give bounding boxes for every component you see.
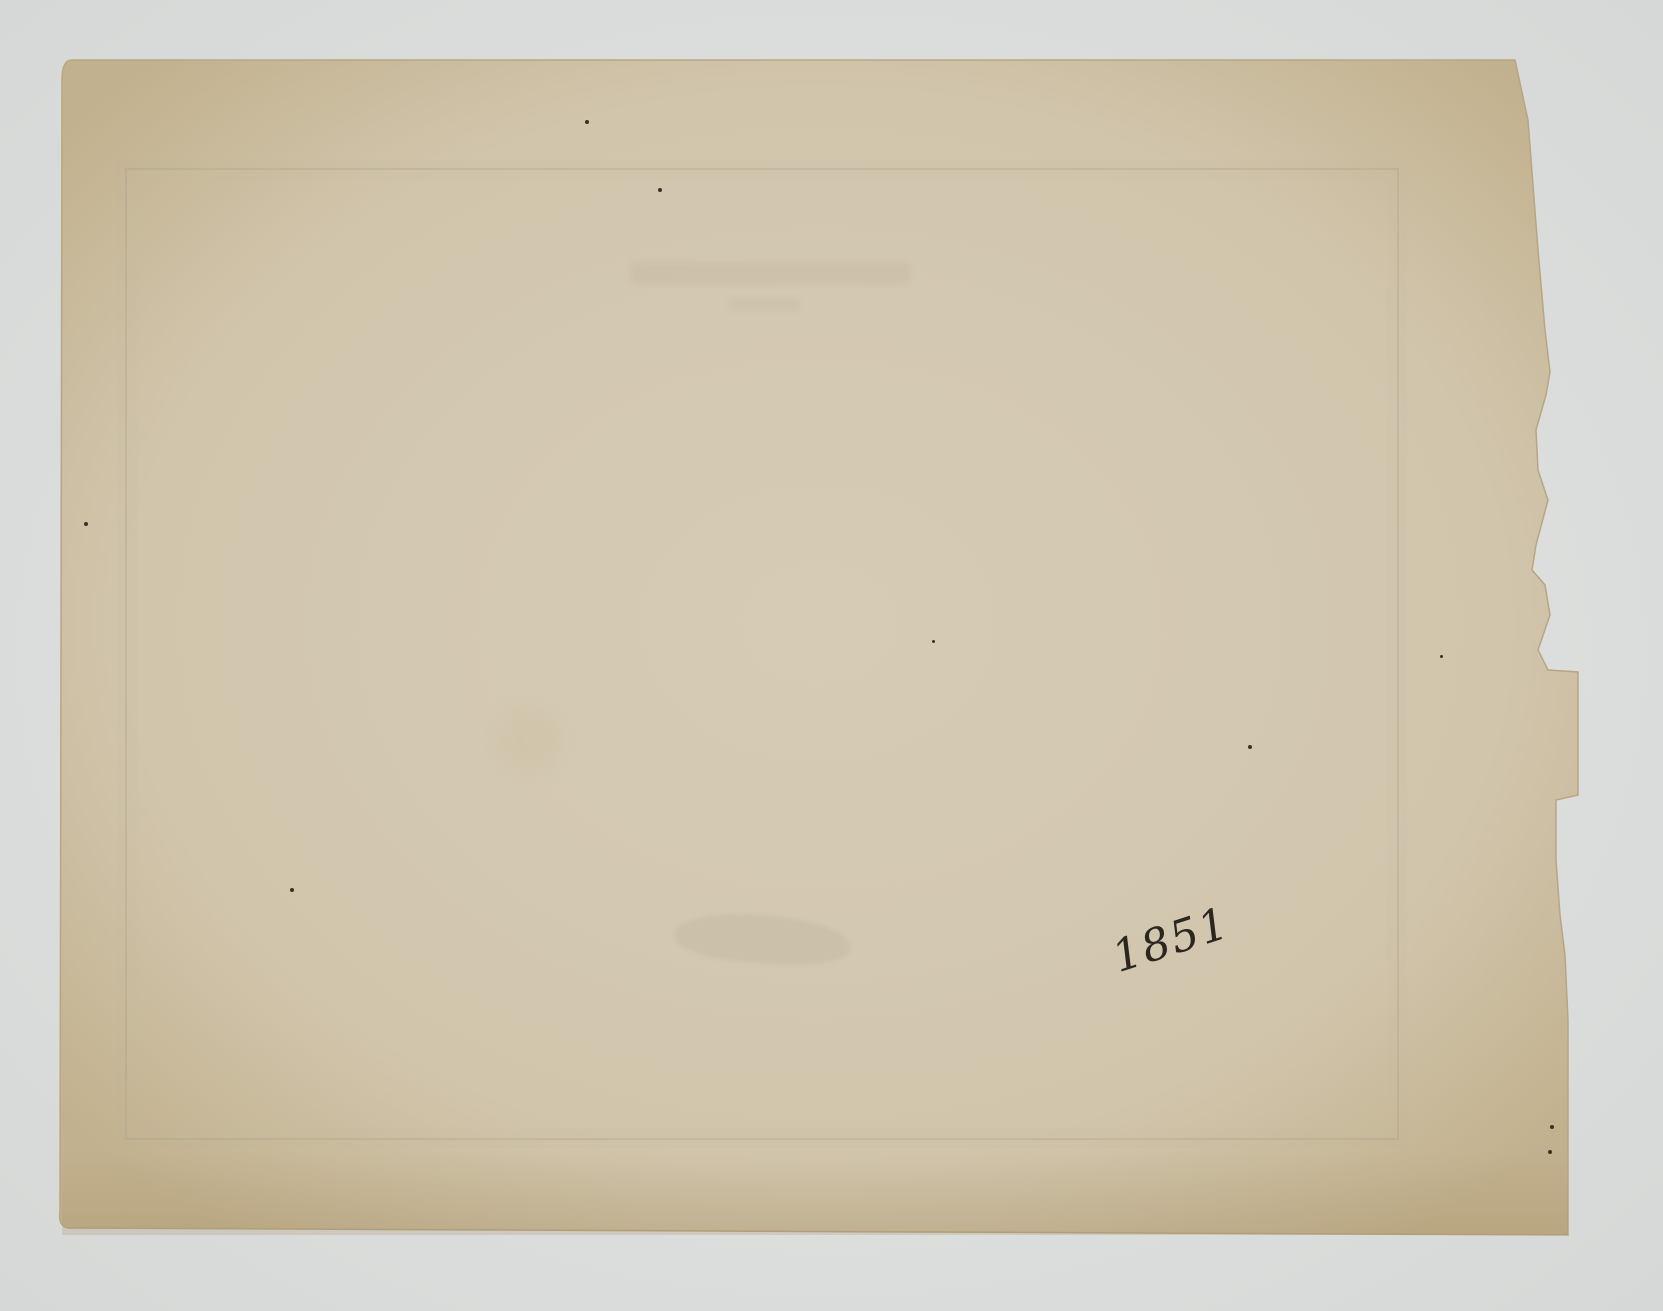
speck (1248, 745, 1252, 749)
bleed-through-subtitle (730, 300, 800, 310)
speck (1440, 655, 1443, 658)
speck (1548, 1150, 1552, 1154)
speck (932, 640, 935, 643)
speck (290, 888, 294, 892)
paper-sheet: 1851 (0, 0, 1663, 1311)
speck (84, 522, 88, 526)
foxing-stain (500, 710, 560, 770)
bleed-through-title (630, 262, 910, 284)
paper-shape (0, 0, 1663, 1311)
speck (658, 188, 662, 192)
speck (1550, 1125, 1554, 1129)
speck (585, 120, 589, 124)
